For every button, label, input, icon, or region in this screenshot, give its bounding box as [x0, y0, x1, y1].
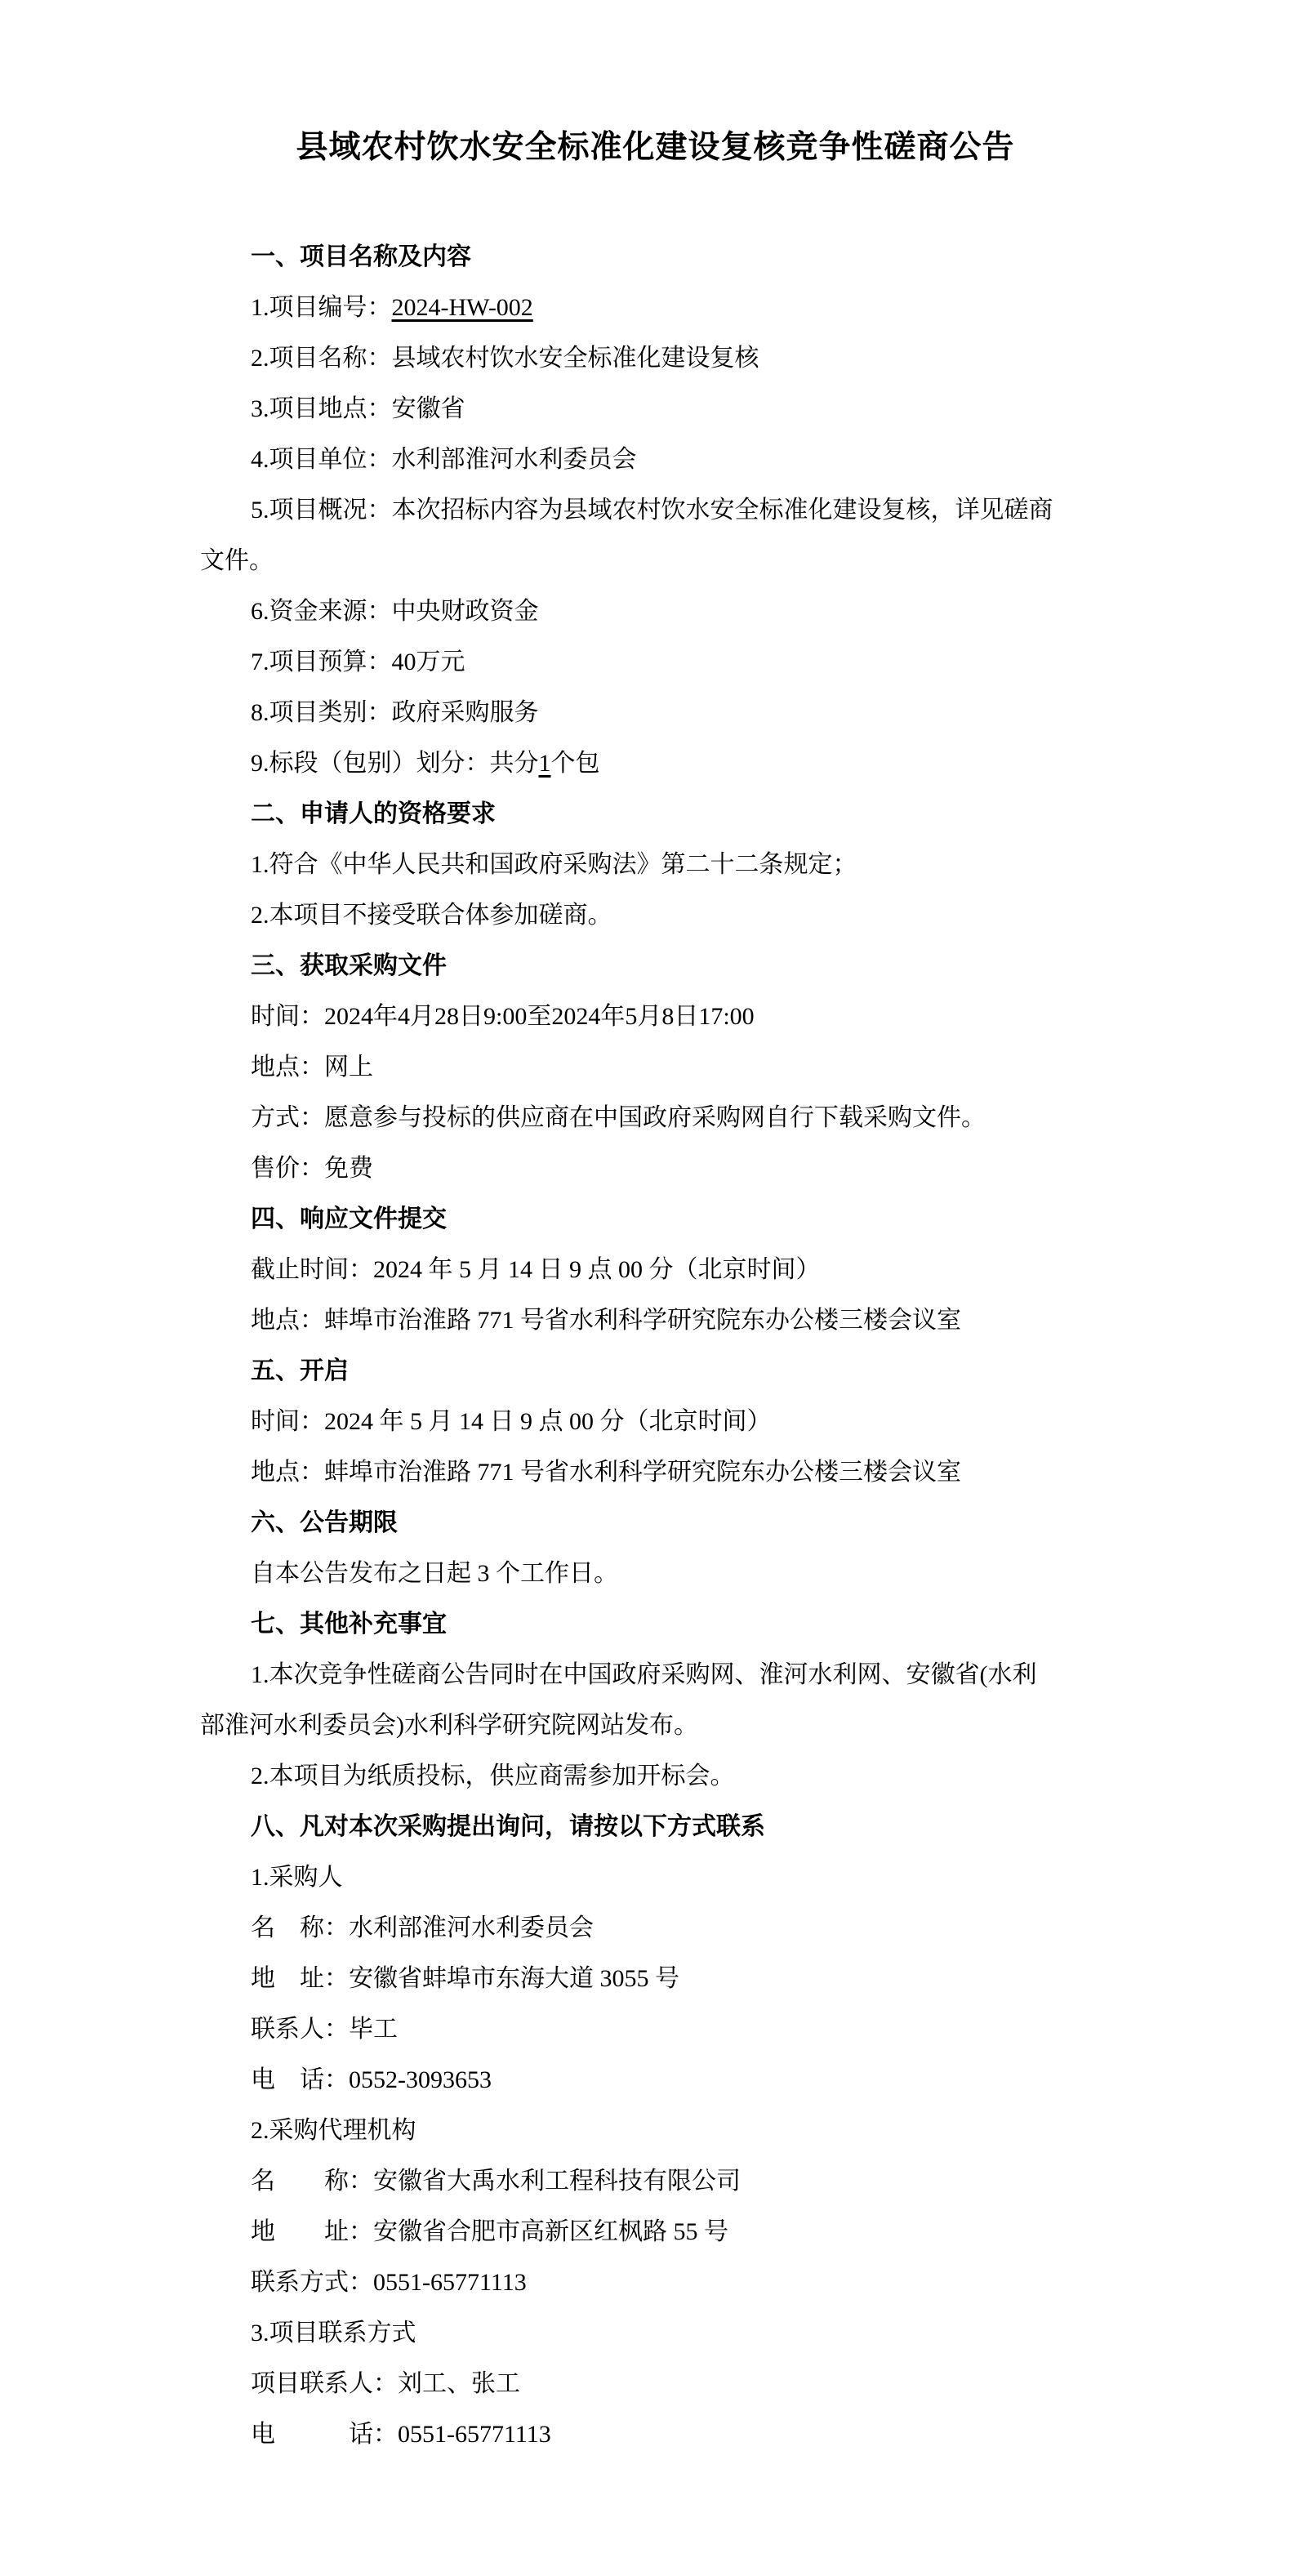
paragraph-line: 联系方式：0551-65771113 — [200, 2257, 1111, 2308]
text-run: 售价：免费 — [251, 1155, 373, 1182]
paragraph-line: 6.资金来源：中央财政资金 — [200, 586, 1111, 637]
section-heading: 一、项目名称及内容 — [200, 232, 1111, 283]
text-run: 时间：2024年4月28日9:00至2024年5月8日17:00 — [251, 1003, 755, 1030]
paragraph-line: 项目联系人：刘工、张工 — [200, 2359, 1111, 2409]
document-content: 县域农村饮水安全标准化建设复核竞争性磋商公告 一、项目名称及内容1.项目编号：2… — [0, 123, 1296, 2460]
section-heading: 四、响应文件提交 — [200, 1194, 1111, 1245]
document-page: 县域农村饮水安全标准化建设复核竞争性磋商公告 一、项目名称及内容1.项目编号：2… — [0, 0, 1296, 2576]
section-heading: 六、公告期限 — [200, 1498, 1111, 1549]
underlined-value: 1 — [539, 750, 551, 777]
paragraph-line: 1.本次竞争性磋商公告同时在中国政府采购网、淮河水利网、安徽省(水利 — [200, 1650, 1111, 1700]
text-run: 8.项目类别：政府采购服务 — [251, 699, 539, 726]
text-run: 电 话：0551-65771113 — [251, 2421, 551, 2448]
text-run: 1.采购人 — [251, 1864, 343, 1891]
section-heading: 五、开启 — [200, 1346, 1111, 1397]
text-run: 6.资金来源：中央财政资金 — [251, 598, 539, 625]
underlined-value: 2024-HW-002 — [392, 294, 533, 321]
text-run: 1.符合《中华人民共和国政府采购法》第二十二条规定； — [251, 851, 857, 878]
paragraph-line: 4.项目单位：水利部淮河水利委员会 — [200, 435, 1111, 485]
text-run: 个包 — [551, 750, 600, 777]
text-run: 2.采购代理机构 — [251, 2117, 416, 2144]
text-run: 文件。 — [200, 547, 274, 574]
section-heading: 三、获取采购文件 — [200, 941, 1111, 992]
paragraph-line: 名 称：安徽省大禹水利工程科技有限公司 — [200, 2156, 1111, 2207]
paragraph-line: 时间：2024 年 5 月 14 日 9 点 00 分（北京时间） — [200, 1397, 1111, 1447]
paragraph-line: 2.本项目不接受联合体参加磋商。 — [200, 890, 1111, 941]
text-run: 电 话：0552-3093653 — [251, 2066, 492, 2093]
paragraph-line: 8.项目类别：政府采购服务 — [200, 688, 1111, 738]
text-run: 名 称：安徽省大禹水利工程科技有限公司 — [251, 2168, 741, 2195]
paragraph-line: 地 址：安徽省蚌埠市东海大道 3055 号 — [200, 1954, 1111, 2004]
paragraph-line: 2.本项目为纸质投标，供应商需参加开标会。 — [200, 1751, 1111, 1802]
text-run: 联系人：毕工 — [251, 2016, 398, 2043]
paragraph-line: 截止时间：2024 年 5 月 14 日 9 点 00 分（北京时间） — [200, 1245, 1111, 1295]
text-run: 地点：蚌埠市治淮路 771 号省水利科学研究院东办公楼三楼会议室 — [251, 1459, 961, 1486]
text-run: 3.项目联系方式 — [251, 2320, 416, 2346]
text-run: 二、申请人的资格要求 — [251, 800, 496, 827]
text-run: 方式：愿意参与投标的供应商在中国政府采购网自行下载采购文件。 — [251, 1104, 986, 1131]
text-run: 地点：蚌埠市治淮路 771 号省水利科学研究院东办公楼三楼会议室 — [251, 1307, 961, 1334]
paragraph-line: 1.项目编号：2024-HW-002 — [200, 283, 1111, 333]
paragraph-line: 5.项目概况：本次招标内容为县域农村饮水安全标准化建设复核，详见磋商 — [200, 485, 1111, 536]
text-run: 地点：网上 — [251, 1054, 373, 1081]
text-run: 八、凡对本次采购提出询问，请按以下方式联系 — [251, 1813, 765, 1840]
paragraph-continuation-line: 部淮河水利委员会)水利科学研究院网站发布。 — [200, 1700, 1111, 1751]
text-run: 六、公告期限 — [251, 1509, 398, 1536]
text-run: 五、开启 — [251, 1357, 349, 1384]
paragraph-line: 地点：蚌埠市治淮路 771 号省水利科学研究院东办公楼三楼会议室 — [200, 1295, 1111, 1346]
paragraph-line: 自本公告发布之日起 3 个工作日。 — [200, 1549, 1111, 1599]
paragraph-line: 时间：2024年4月28日9:00至2024年5月8日17:00 — [200, 992, 1111, 1042]
text-run: 5.项目概况：本次招标内容为县域农村饮水安全标准化建设复核，详见磋商 — [251, 497, 1053, 524]
text-run: 2.本项目为纸质投标，供应商需参加开标会。 — [251, 1763, 735, 1789]
text-run: 名 称：水利部淮河水利委员会 — [251, 1914, 594, 1941]
text-run: 自本公告发布之日起 3 个工作日。 — [251, 1560, 618, 1587]
text-run: 七、其他补充事宜 — [251, 1611, 447, 1638]
text-run: 四、响应文件提交 — [251, 1206, 447, 1232]
text-run: 3.项目地点：安徽省 — [251, 395, 465, 422]
paragraph-continuation-line: 文件。 — [200, 536, 1111, 586]
paragraph-line: 3.项目联系方式 — [200, 2308, 1111, 2359]
paragraph-line: 方式：愿意参与投标的供应商在中国政府采购网自行下载采购文件。 — [200, 1093, 1111, 1143]
text-run: 4.项目单位：水利部淮河水利委员会 — [251, 446, 637, 473]
text-run: 时间：2024 年 5 月 14 日 9 点 00 分（北京时间） — [251, 1408, 772, 1435]
document-title: 县域农村饮水安全标准化建设复核竞争性磋商公告 — [200, 123, 1111, 173]
text-run: 地 址：安徽省合肥市高新区红枫路 55 号 — [251, 2218, 728, 2245]
paragraph-line: 9.标段（包别）划分：共分1个包 — [200, 738, 1111, 789]
text-run: 一、项目名称及内容 — [251, 243, 471, 270]
paragraph-line: 电 话：0552-3093653 — [200, 2055, 1111, 2106]
paragraph-line: 7.项目预算：40万元 — [200, 637, 1111, 688]
text-run: 截止时间：2024 年 5 月 14 日 9 点 00 分（北京时间） — [251, 1256, 821, 1283]
text-run: 部淮河水利委员会)水利科学研究院网站发布。 — [200, 1712, 698, 1739]
paragraph-line: 名 称：水利部淮河水利委员会 — [200, 1903, 1111, 1954]
text-run: 1.本次竞争性磋商公告同时在中国政府采购网、淮河水利网、安徽省(水利 — [251, 1661, 1037, 1688]
paragraph-line: 售价：免费 — [200, 1143, 1111, 1194]
text-run: 联系方式：0551-65771113 — [251, 2269, 527, 2296]
text-run: 2.本项目不接受联合体参加磋商。 — [251, 902, 612, 929]
text-run: 7.项目预算：40万元 — [251, 648, 465, 675]
paragraph-line: 地 址：安徽省合肥市高新区红枫路 55 号 — [200, 2207, 1111, 2257]
section-heading: 八、凡对本次采购提出询问，请按以下方式联系 — [200, 1802, 1111, 1852]
section-heading: 七、其他补充事宜 — [200, 1599, 1111, 1650]
paragraph-line: 2.采购代理机构 — [200, 2106, 1111, 2156]
text-run: 9.标段（包别）划分：共分 — [251, 750, 539, 777]
text-run: 三、获取采购文件 — [251, 952, 447, 979]
text-run: 地 址：安徽省蚌埠市东海大道 3055 号 — [251, 1965, 679, 1992]
text-run: 2.项目名称：县域农村饮水安全标准化建设复核 — [251, 345, 759, 372]
paragraph-line: 1.采购人 — [200, 1852, 1111, 1903]
paragraph-line: 3.项目地点：安徽省 — [200, 384, 1111, 435]
paragraph-line: 地点：蚌埠市治淮路 771 号省水利科学研究院东办公楼三楼会议室 — [200, 1447, 1111, 1498]
paragraph-line: 2.项目名称：县域农村饮水安全标准化建设复核 — [200, 333, 1111, 384]
paragraph-line: 联系人：毕工 — [200, 2004, 1111, 2055]
text-run: 1.项目编号： — [251, 294, 392, 321]
section-heading: 二、申请人的资格要求 — [200, 789, 1111, 840]
document-body: 一、项目名称及内容1.项目编号：2024-HW-0022.项目名称：县域农村饮水… — [200, 232, 1111, 2460]
paragraph-line: 地点：网上 — [200, 1042, 1111, 1093]
text-run: 项目联系人：刘工、张工 — [251, 2370, 520, 2397]
paragraph-line: 电 话：0551-65771113 — [200, 2409, 1111, 2460]
paragraph-line: 1.符合《中华人民共和国政府采购法》第二十二条规定； — [200, 840, 1111, 890]
